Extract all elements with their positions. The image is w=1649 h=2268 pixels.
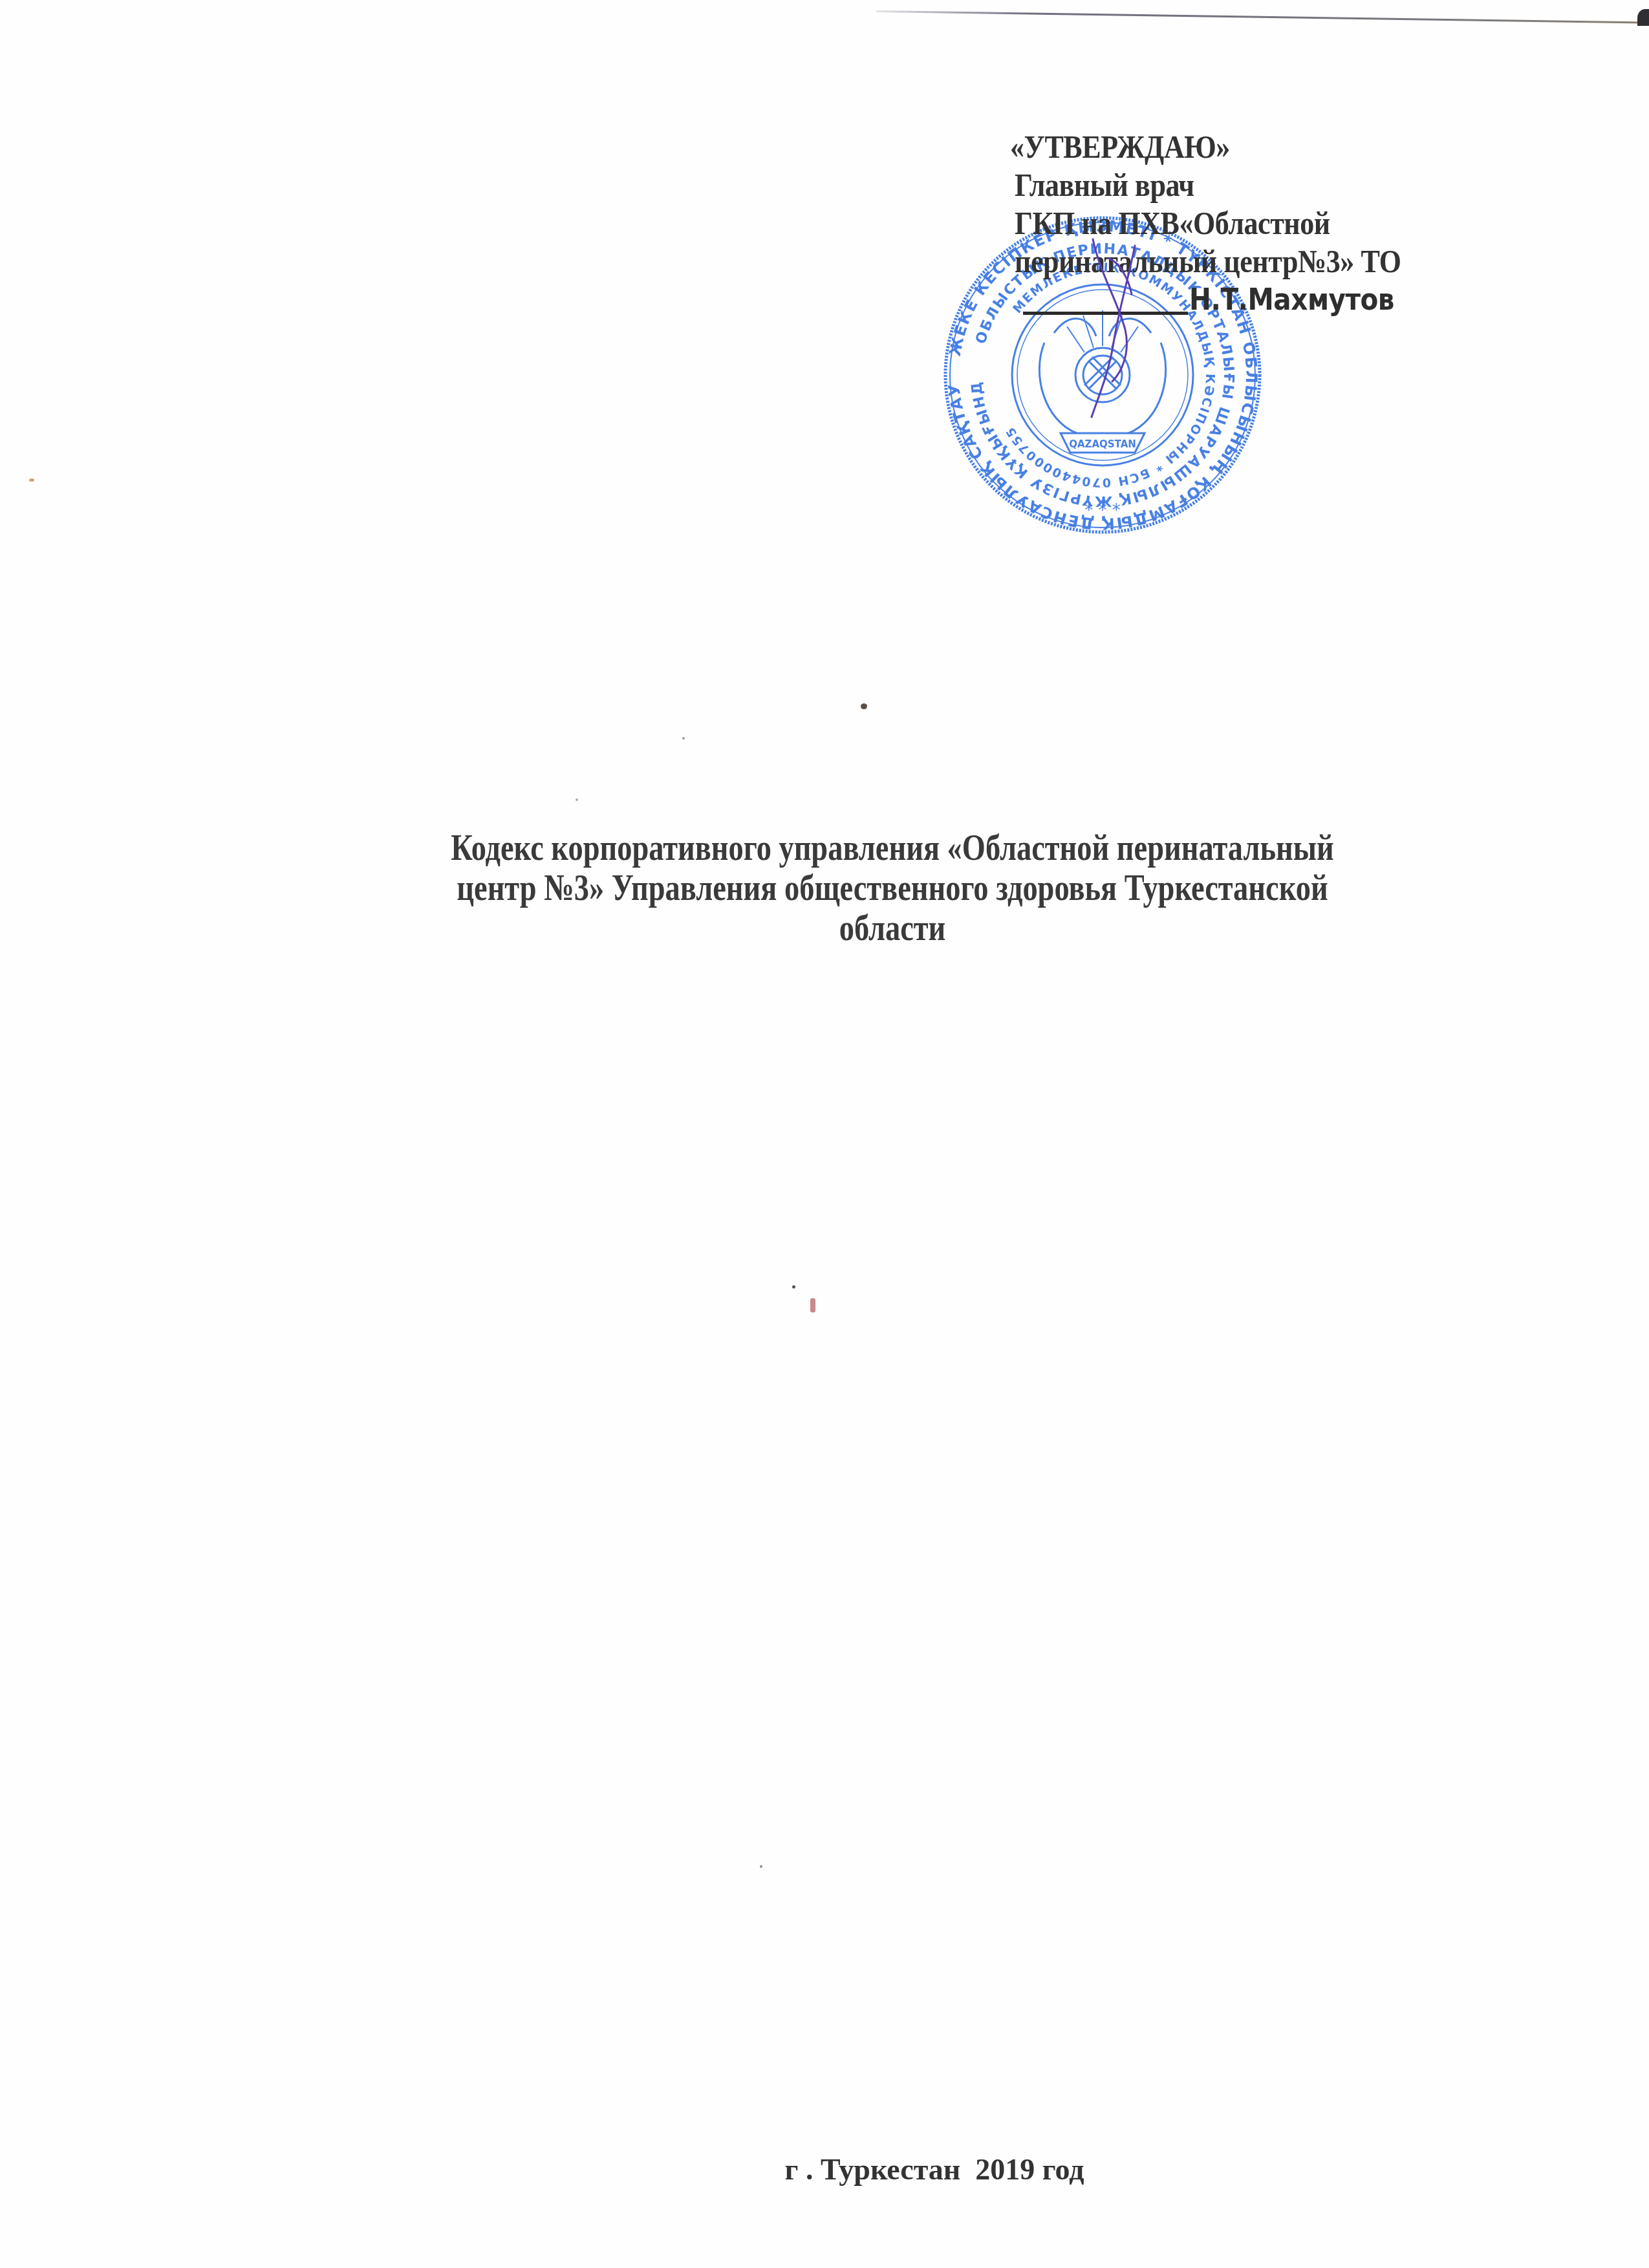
title-line-3: области xyxy=(427,908,1358,948)
title-line-1: Кодекс корпоративного управления «Област… xyxy=(427,828,1358,868)
scan-speck xyxy=(810,1298,815,1312)
svg-text:QAZAQSTAN: QAZAQSTAN xyxy=(1069,438,1136,450)
approver-position: Главный врач xyxy=(1010,166,1522,204)
document-page: ЖЕКЕ КЕСІПКЕР ҚЫЗМЕТІ * ТҮРКІСТАН ОБЛЫСЫ… xyxy=(0,0,1649,2268)
title-line-2: центр №3» Управления общественного здоро… xyxy=(427,868,1358,908)
svg-text:* * *: * * * xyxy=(1084,501,1121,520)
handwritten-signature xyxy=(1073,233,1164,427)
scan-speck xyxy=(29,478,34,482)
scan-corner-blot xyxy=(1637,9,1649,26)
signatory-name: Н.Т.Махмутов xyxy=(1189,281,1394,319)
place-date-text: г . Туркестан 2019 год xyxy=(565,2153,1084,2187)
scan-speck xyxy=(792,1285,795,1289)
scan-speck xyxy=(682,737,685,740)
document-title: Кодекс корпоративного управления «Област… xyxy=(310,828,1474,948)
scan-edge-line xyxy=(876,10,1649,24)
footer-place-date: г . Туркестан 2019 год xyxy=(0,2153,1649,2187)
approval-heading: «УТВЕРЖДАЮ» xyxy=(1010,128,1522,166)
scan-speck xyxy=(576,798,578,801)
scan-speck xyxy=(760,1865,762,1868)
scan-speck xyxy=(861,703,867,709)
